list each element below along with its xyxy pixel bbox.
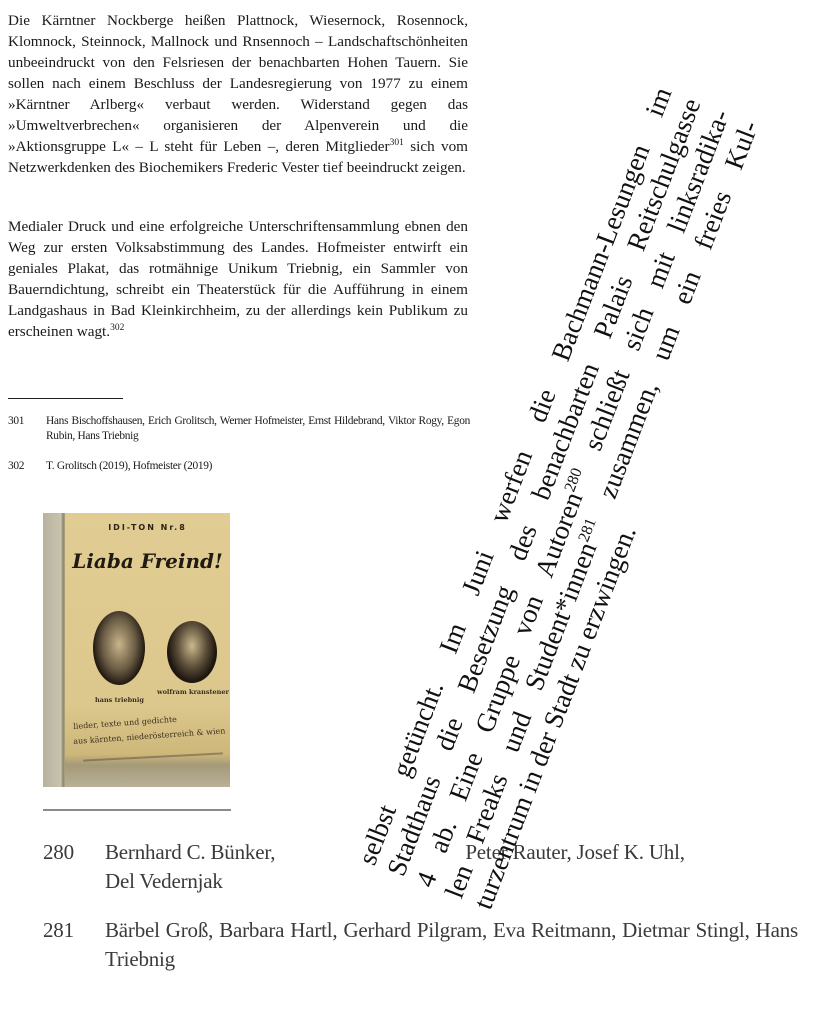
portrait-left-caption: hans triebnig bbox=[95, 696, 144, 704]
footnote-number: 301 bbox=[8, 414, 24, 429]
portrait-right bbox=[167, 621, 217, 683]
portrait-left bbox=[93, 611, 145, 685]
paragraph-text: Medialer Druck und eine erfolgreiche Unt… bbox=[8, 218, 468, 340]
footnote-ref-302[interactable]: 302 bbox=[110, 323, 124, 333]
paragraph-volksabstimmung: Medialer Druck und eine erfolgreiche Unt… bbox=[8, 216, 468, 342]
footnote-281: 281 Bärbel Groß, Barbara Hartl, Gerhard … bbox=[43, 916, 798, 974]
poster-photo: IDI-TON Nr.8 Liaba Freind! hans triebnig… bbox=[43, 513, 230, 787]
footnote-302: 302 T. Grolitsch (2019), Hofmeister (201… bbox=[8, 459, 470, 474]
footnote-text-part1: Bernhard C. Bünker, bbox=[105, 840, 275, 864]
paragraph-text: Die Kärntner Nockberge heißen Plattnock,… bbox=[8, 12, 468, 155]
footnote-number: 302 bbox=[8, 459, 24, 474]
poster-fineprint bbox=[83, 752, 223, 761]
poster-title: Liaba Freind! bbox=[65, 549, 230, 573]
rotated-text-block: selbst getüncht. Im Juni werfen die Bach… bbox=[352, 83, 794, 913]
footnote-text: Hans Bischoffshausen, Erich Grolitsch, W… bbox=[46, 414, 470, 444]
footnote-text: Bärbel Groß, Barbara Hartl, Gerhard Pilg… bbox=[105, 916, 798, 974]
poster-cover: IDI-TON Nr.8 Liaba Freind! hans triebnig… bbox=[65, 513, 230, 787]
footnote-text-line2: Del Vedernjak bbox=[105, 869, 223, 893]
paragraph-nockberge: Die Kärntner Nockberge heißen Plattnock,… bbox=[8, 10, 468, 178]
portrait-right-caption: wolfram kranstener bbox=[157, 688, 229, 696]
footnote-301: 301 Hans Bischoffshausen, Erich Grolitsc… bbox=[8, 414, 470, 444]
footnote-text: T. Grolitsch (2019), Hofmeister (2019) bbox=[46, 459, 470, 474]
lower-footnote-divider bbox=[43, 809, 231, 811]
footnote-number: 281 bbox=[43, 916, 74, 945]
footnote-ref-301[interactable]: 301 bbox=[390, 138, 404, 148]
footnote-divider bbox=[8, 398, 123, 399]
footnote-number: 280 bbox=[43, 838, 74, 867]
poster-series: IDI-TON Nr.8 bbox=[65, 523, 230, 532]
